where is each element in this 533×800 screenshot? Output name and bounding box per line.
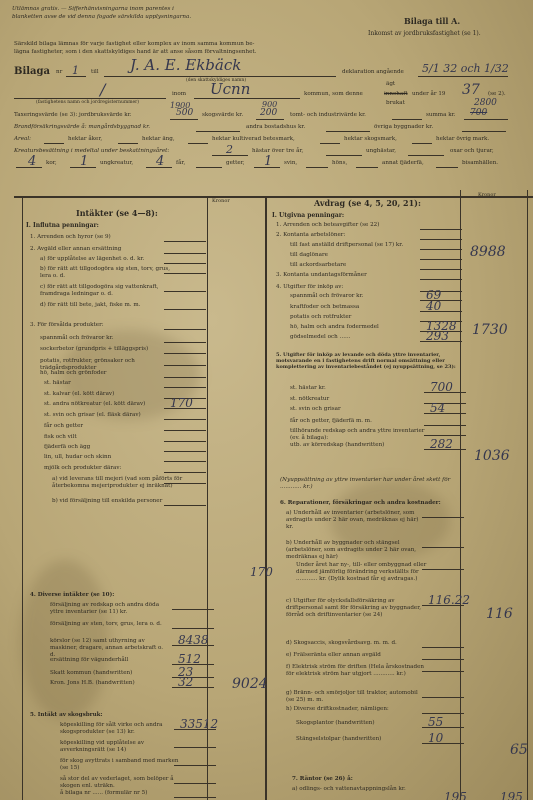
deductions-section7-item-a: a) odlings- och vattenavtappningslån kr. [292,786,406,793]
row-label: köpeskilling vid upplåtelse av avverknin… [60,740,180,754]
row-label: sockerbetor (grundpris + tilläggspris) [40,346,180,353]
row-label: e) Frälseränta eller annan avgäld [286,652,426,659]
row-value: 116.22 [428,593,470,607]
row-label: till ackordsarbetare [290,262,440,269]
row-label: g) Bränn- och smörjoljor till traktor, a… [286,690,426,704]
bilaga-label: Bilaga [14,66,50,78]
row-label: å bilaga nr ...... (formulär nr 5) [60,790,180,797]
row-label: 3. Kontanta undantagsförmåner [276,272,426,279]
row-label: får och getter [44,423,184,430]
row-value: 293 [426,329,449,343]
row-label: hö, halm och andra fodermedel [290,324,440,331]
row-label: st. andra nötkreatur (el. kött därav) [44,401,184,408]
bilaga-nr: 1 [72,64,79,77]
declaration-period: 5/1 32 och 1/32 [422,62,509,75]
income-section4-title: 4. Diverse intäkter (se 10): [30,592,114,599]
areal-ovrig: hektar övrig mark. [436,136,489,143]
bisamhallen-label: bisamhällen. [462,160,498,167]
row-label: d) Skogsaccis, skogsvårdsavg. m. m. d. [286,640,426,647]
row-label: utb. av körredskap (handwritten) [290,442,430,449]
deductions-title: Avdrag (se 4, 5, 20, 21): [314,199,421,208]
row-label: hö, halm och grönfoder [40,370,180,377]
row-label: ersättning för vägunderhåll [50,657,170,664]
row-value: 33512 [180,717,218,731]
row-label: för skog avyttrats i samband med marken … [60,758,180,772]
row-label: st. hästar [44,380,184,387]
row-value: 8438 [178,633,209,647]
row-label: mjölk och produkter därav: [44,465,184,472]
tomt-label: tomt- och industrivärde kr. [290,112,366,119]
far-count: 4 [156,154,164,169]
deductions-section4-total: 1730 [472,322,508,338]
income-section1: I. Influtna penningar: [26,222,99,229]
kor-count: 4 [28,154,36,169]
row-label: c) för rätt att tillgodogöra sig vattenk… [40,284,180,298]
taxpayer-name: J. A. E. Ekbäck [130,56,241,74]
row-label: Stängselstolpar (handwritten) [296,736,436,743]
header-note-1: Utlämnas gratis. — Sifferhänvisningarna … [12,6,174,13]
row-value: 32 [178,675,193,689]
deductions-section6h-total: 65 [510,742,528,758]
row-label: lin, ull, hudar och skinn [44,454,184,461]
municipality: Ucnn [210,80,250,98]
row-label: f) Elektrisk ström för driften (Hela års… [286,664,426,678]
ungkreatur-label: ungkreatur, [100,160,133,167]
row-label: st. kalvar (el. kött därav) [44,391,184,398]
nr-label: nr [56,69,62,76]
far-label: får, [176,160,185,167]
row-label: tillhörande redskap och andra yttre inve… [290,428,430,442]
income-kronor-header: Kronor [212,198,230,205]
attachment-subtitle: Inkomst av jordbruksfastighet (se 1). [368,30,481,37]
property-name: / [100,80,105,99]
row-label: till daglönare [290,252,440,259]
row-label: Under året har ny-, till- eller ombyggna… [296,562,436,583]
deductions-section7-total: 195 [500,790,523,800]
tax-form-page: Utlämnas gratis. — Sifferhänvisningarna … [0,0,533,800]
row-value: 170 [170,396,193,410]
row-label: fisk och vilt [44,434,184,441]
till-label: till [91,69,99,76]
svin-count: 1 [264,154,272,169]
row-label: 3. För försålda produkter: [30,322,170,329]
inom-label: inom [172,91,186,98]
attachment-title: Bilaga till A. [404,18,460,25]
row-label: c) Utgifter för olycksfallsförsäkring av… [286,598,426,619]
annat-label: annat fjäderfä, [382,160,424,167]
row-label: får och getter, fjäderfä m. m. [290,418,430,425]
oxar-label: oxar och tjurar, [450,148,494,155]
row-label: körslor (se 12) samt uthyrning av maskin… [50,638,170,659]
row-label: 4. Utgifter för inköp av: [276,284,426,291]
summa-struck: 700 [470,108,487,118]
row-label: st. hästar kr. [290,385,430,392]
taxeringsvarde-label: Taxeringsvärde (se 3): jordbruksvärde kr… [14,112,132,119]
unghastar-label: unghästar, [366,148,396,155]
income-section3-total: 170 [250,565,273,579]
summa-new: 2800 [474,98,497,108]
deductions-kronor-header: Kronor [478,192,496,199]
row-label: till fast anställd driftpersonal (se 17)… [290,242,440,249]
income-section4-total: 9024 [232,676,268,692]
income-section5-title: 5. Intäkt av skogsbruk: [30,712,103,719]
row-label: 2. Kontanta arbetslöner: [276,232,426,239]
areal-aker: hektar åker, [68,136,102,143]
row-label: fjäderfä och ägg [44,444,184,451]
row-label: 1. Arrenden och beteavgifter (se 22) [276,222,426,229]
row-label: h) Diverse driftkostnader, nämligen: [286,706,426,713]
row-value: 282 [430,437,453,451]
deductions-section2-total: 8988 [470,244,506,260]
row-label: Skogsplantor (handwritten) [296,720,436,727]
hastar-count: 2 [226,143,233,156]
kor-label: kor, [46,160,57,167]
row-label: försäljning av redskap och andra döda yt… [50,602,170,616]
areal-skogsmark: hektar skogsmark, [344,136,397,143]
row-label: b) Underhåll av byggnader och stängsel (… [286,540,426,561]
deductions-section5-title: 5. Utgifter för inköp av levande och död… [276,352,460,370]
instruction-1: Särskild bilaga lämnas för varje fastigh… [14,41,254,48]
ungkreatur-count: 1 [80,154,88,169]
property-caption: (fastighetens namn och jordregisternumme… [36,99,139,106]
areal-label: Areal: [14,136,31,143]
row-label: Skatt kommun (handwritten) [50,670,170,677]
header-note-2: blanketten avse de vid denna fogade särs… [12,14,191,21]
ovriga-label: övriga byggnader kr. [374,124,433,131]
row-label: a) för upplåtelse av lägenhet o. d. kr. [40,256,180,263]
brand-label: Brandförsäkringsvärde å: mangårdsbyggnad… [14,124,150,131]
andra-bostadshus-label: andra bostadshus kr. [246,124,305,131]
row-label: potatis och rotfrukter [290,314,440,321]
innehaft-label: innehaft [384,91,408,98]
getter-label: getter, [226,160,245,167]
deductions-section7-value: 195 [444,790,467,800]
row-label: b) vid försäljning till enskilda persone… [52,498,192,505]
declaration-label: deklaration angående [342,69,404,76]
row-value: 55 [428,715,443,729]
svin-label: svin, [284,160,297,167]
row-value: 512 [178,652,201,666]
row-label: 1. Arrenden och hyror (se 9) [30,234,170,241]
row-value: 700 [430,380,453,394]
row-label: spannmål och frövaror kr. [290,293,440,300]
row-label: st. svin och grisar [290,406,430,413]
row-label: a) Underhåll av inventarier (arbetslöner… [286,510,426,531]
row-value: 54 [430,401,445,415]
deductions-section1: I. Utgivna penningar: [272,212,344,219]
skogsvarde-label: skogsvärde kr. [202,112,243,119]
row-label: d) för rätt till bete, jakt, fiske m. m. [40,302,180,309]
row-label: köpeskilling för sålt virke och andra sk… [60,722,180,736]
row-value: 40 [426,299,441,313]
income-title: Intäkter (se 4—8): [76,209,158,218]
nyuppsattning-text: (Nyuppsättning av yttre inventarier har … [280,477,460,491]
row-value: 10 [428,731,443,745]
row-label: så stor del av vederlaget, som belöper å… [60,776,180,790]
instruction-2: lägna fastigheter, som i den skattskyldi… [14,49,256,56]
year-ref: (se 2). [488,91,506,98]
deductions-section6-title: 6. Reparationer, försäkringar och andra … [280,500,441,507]
hastar-label: hästar över tre år, [252,148,303,155]
deductions-section6c-total: 116 [486,606,513,622]
kreatur-label: Kreatursbesättning i medeltal under besk… [14,148,169,155]
brukat-label: brukat [386,100,405,107]
row-label: b) för rätt att tillgodogöra sig sten, t… [40,266,180,280]
hons-label: höns, [332,160,347,167]
row-label: kraftfoder och betmassa [290,304,440,311]
row-label: 2. Avgäld eller annan ersättning [30,246,170,253]
row-label: Kron. Jons H.B. (handwritten) [50,680,170,687]
row-label: st. svin och grisar (el. fläsk därav) [44,412,184,419]
row-label: st. nötkreatur [290,396,430,403]
summa-label: summa kr. [426,112,455,119]
year-text: under år 19 [412,91,445,98]
kommun-text: kommun, som denne [304,91,363,98]
areal-ang: hektar äng, [142,136,175,143]
row-label: gödselmedel och …… [290,334,440,341]
year-value: 37 [462,82,480,98]
jordbruksvarde: 500 [176,108,193,118]
row-label: spannmål och frövaror kr. [40,335,180,342]
skogsvarde: 200 [260,108,277,118]
agt-label: ägt [386,81,395,88]
deductions-section7-title: 7. Räntor (se 26) å: [292,776,353,783]
areal-betesmark: hektar kultiverad betesmark, [212,136,295,143]
row-label: försäljning av sten, torv, grus, lera o.… [50,621,170,628]
deductions-section5-total: 1036 [474,448,510,464]
